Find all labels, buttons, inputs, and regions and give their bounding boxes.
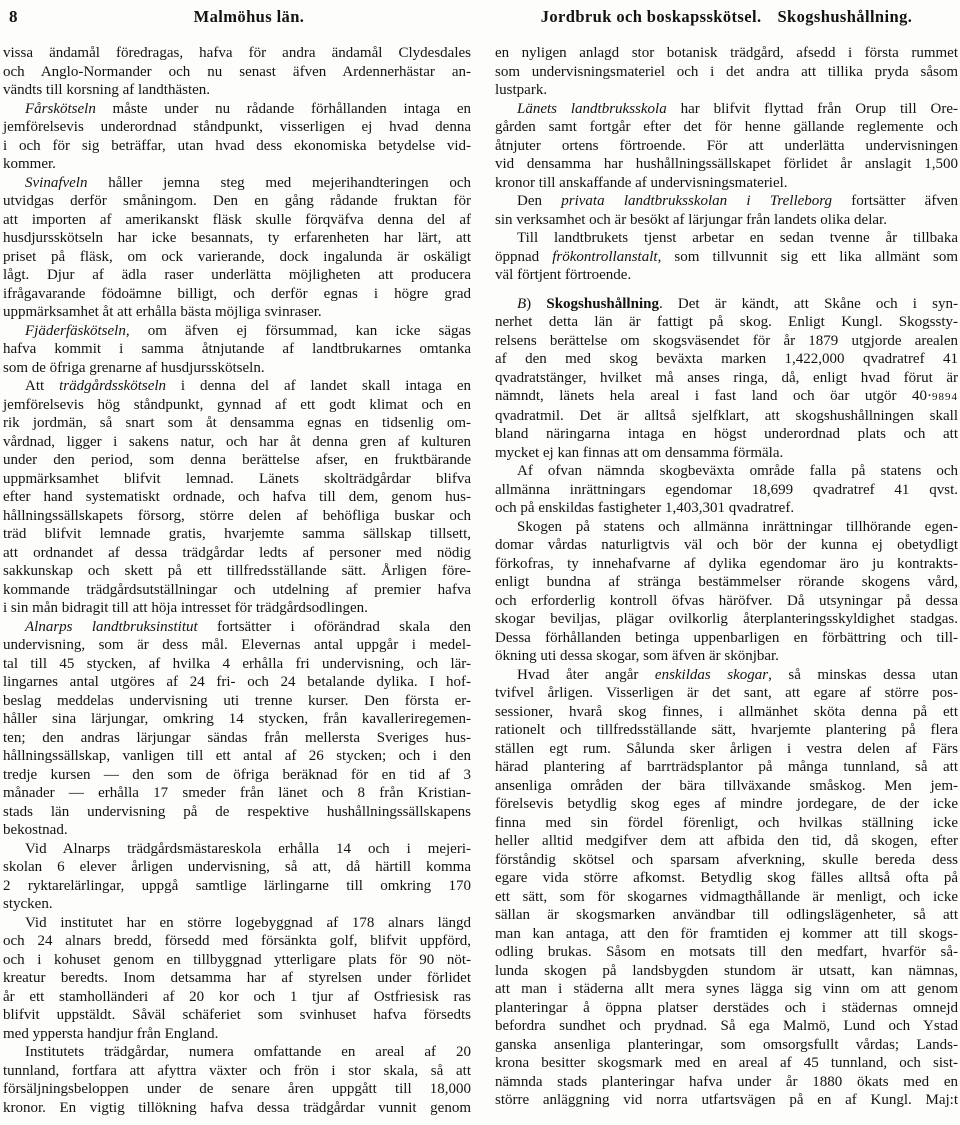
column-left: vissa ändamål föredragas, hafva för andr… (3, 44, 471, 1117)
running-title-right-part2: Skogshushållning. (777, 7, 912, 26)
text-line: efter hand systematiskt ordnade, och haf… (3, 488, 471, 507)
text-line: domar vårdas naturligtvis väl och bör de… (495, 536, 958, 555)
text-line: tunnland, fortfara att afyttra växter oc… (3, 1062, 471, 1081)
text-line: öppnad frökontrollanstalt, som tillvunni… (495, 248, 958, 267)
text-line: Vid Alnarps trädgårdsmästareskola erhåll… (3, 840, 471, 859)
text-line: och 24 alnars bredd, försedd med försänk… (3, 932, 471, 951)
page-number: 8 (9, 7, 19, 27)
text-line: tredje kursen — den som de öfriga beräkn… (3, 766, 471, 785)
text-line: rationelt och tillfredsställande sätt, h… (495, 721, 958, 740)
text-line: lingarnes antal utgöres af 24 fri- och 2… (3, 673, 471, 692)
book-page: 8 Malmöhus län. Jordbruk och boskapssköt… (0, 0, 960, 1125)
text-line: ett sätt, som för skogarnes vidmagthålla… (495, 888, 958, 907)
text-line: Länets landtbruksskola har blifvit flytt… (495, 100, 958, 119)
text-line: stads län undervisning på de respektive … (3, 803, 471, 822)
text-line: sällan är skogsmarken användbar till odl… (495, 906, 958, 925)
text-line: ansenliga områden der bära tillväxande s… (495, 777, 958, 796)
paragraph: Att trädgårdsskötseln i denna del af lan… (3, 377, 471, 618)
text-line: förkofras, ty innehafvarne af dylika ege… (495, 555, 958, 574)
text-line: planteringar å öppna platser derstädes o… (495, 999, 958, 1018)
text-line: heller alltid medgifver dem att afbida d… (495, 832, 958, 851)
text-line: Vid institutet har en större logebyggnad… (3, 914, 471, 933)
text-line: kronor till anskaffande af undervisnings… (495, 174, 958, 193)
paragraph: en nyligen anlagd stor botanisk trädgård… (495, 44, 958, 100)
text-line: uppmärksamhet blifvit lemnad. Länets sko… (3, 470, 471, 489)
text-line: egare vida större afkomst. Betydlig skog… (495, 869, 958, 888)
text-line: gården samt fortgår efter det för henne … (495, 118, 958, 137)
text-line: Hvad åter angår enskildas skogar, så min… (495, 666, 958, 685)
text-line: Af ofvan nämnda skogbeväxta område falla… (495, 462, 958, 481)
text-line: priset på fläsk, om ock varierande, dock… (3, 248, 471, 267)
text-line: lunda skogen på landsbygden stundom är u… (495, 962, 958, 981)
text-line: Fjäderfäskötseln, om äfven ej försummad,… (3, 322, 471, 341)
text-line: Till landtbrukets tjenst arbetar en seda… (495, 229, 958, 248)
text-line: blifvit uppstäldt. Såväl schäferiet som … (3, 1006, 471, 1025)
text-line: hållningssällskap, vanligen till ett ant… (3, 747, 471, 766)
running-head-right: Jordbruk och boskapsskötsel.Skogshushåll… (495, 7, 958, 37)
text-line: uppmärksamhet åt att erhålla bästa möjli… (3, 303, 471, 322)
text-line: som de öfriga grenarne af husdjursskötse… (3, 359, 471, 378)
text-line: kommande trädgårdsutställningar och utde… (3, 581, 471, 600)
text-line: håller sina lärjungar, omkring 14 stycke… (3, 710, 471, 729)
text-line: större anläggning vid norra utfartsvägen… (495, 1091, 958, 1110)
text-line: vissa ändamål föredragas, hafva för andr… (3, 44, 471, 63)
text-line: härad plantering af barrträdsplantor på … (495, 758, 958, 777)
text-line: allmänna inrättningars egendomar 18,699 … (495, 481, 958, 500)
text-line: tal till 45 stycken, af hvilka 4 erhålla… (3, 655, 471, 674)
text-line: sakkunskap och skett på ett tillfredsstä… (3, 562, 471, 581)
text-line: bekostnad. (3, 821, 471, 840)
text-line: husdjursskötseln har icke besannats, ty … (3, 229, 471, 248)
text-line: i och för sig beträffar, utan hvad dess … (3, 137, 471, 156)
text-line: utvidgas derför småningom. Den en gång r… (3, 192, 471, 211)
text-line: mycket ej kan finnas att om densamma för… (495, 444, 958, 463)
text-line: finna med sin fördel förenligt, och hvil… (495, 814, 958, 833)
text-line: sessioner, hvarå skog finnes, i allmänhe… (495, 703, 958, 722)
text-line: Fårskötseln måste under nu rådande förhå… (3, 100, 471, 119)
running-head-left: 8 Malmöhus län. (3, 7, 495, 37)
text-line: hållningssällskapets försorg, större del… (3, 507, 471, 526)
text-line: under den period, som denna berättelse a… (3, 451, 471, 470)
text-line: att man i städerna allt mera synes lägga… (495, 980, 958, 999)
text-line: väl förtjent förtroende. (495, 266, 958, 285)
text-line: af den med skog beväxta marken 1,422,000… (495, 350, 958, 369)
text-line: beslag meddelas undervisning uti trenne … (3, 692, 471, 711)
text-line: att ordnandet af dessa trädgårdar ledts … (3, 544, 471, 563)
text-line: lustpark. (495, 81, 958, 100)
text-line: ställen egt rum. Sålunda sker årligen i … (495, 740, 958, 759)
text-line: nämndt, länets hela areal i fast land oc… (495, 387, 958, 407)
text-line: skolan 6 elever årligen undervisning, så… (3, 858, 471, 877)
paragraph: Fjäderfäskötseln, om äfven ej försummad,… (3, 322, 471, 378)
text-line: Skogen på statens och allmänna inrättnin… (495, 518, 958, 537)
text-line: nämnda stads planteringar hafva under år… (495, 1073, 958, 1092)
paragraph: Vid institutet har en större logebyggnad… (3, 914, 471, 1044)
running-title-right-part1: Jordbruk och boskapsskötsel. (541, 7, 762, 26)
text-line: månader — erhålla 17 smeder från länet o… (3, 784, 471, 803)
text-line: odling brukas. Såsom en motsats till den… (495, 943, 958, 962)
text-line: befordra sundhet och prydnad. Så ega Mal… (495, 1017, 958, 1036)
text-line: nerhet detta län är fattigt på skog. Enl… (495, 313, 958, 332)
paragraph: Till landtbrukets tjenst arbetar en seda… (495, 229, 958, 285)
text-line: qvadratmil. Det är alltså sjelfklart, at… (495, 407, 958, 426)
text-line: ganska ansenliga planteringar, som omsor… (495, 1036, 958, 1055)
text-line: bland näringarna intaga en högst underor… (495, 425, 958, 444)
text-line: i sin mån bidragit till att höja intress… (3, 599, 471, 618)
text-line: sin verksamhet och är besökt af lärjunga… (495, 211, 958, 230)
text-line: rik jordmän, så snart som åt densamma eg… (3, 414, 471, 433)
text-line: som undervisningsmateriel och i det andr… (495, 63, 958, 82)
text-line: Svinafveln håller jemna steg med mejerih… (3, 174, 471, 193)
text-line: och på enskildas fastigheter 1,403,301 q… (495, 499, 958, 518)
paragraph: Vid Alnarps trädgårdsmästareskola erhåll… (3, 840, 471, 914)
text-line: och erforderlig kontroll öfvas häröfver.… (495, 592, 958, 611)
text-line: vårdnad, ligger i sakens natur, och har … (3, 433, 471, 452)
paragraph: vissa ändamål föredragas, hafva för andr… (3, 44, 471, 100)
paragraph: Den privata landtbruksskolan i Trellebor… (495, 192, 958, 229)
text-line: Institutets trädgårdar, numera omfattand… (3, 1043, 471, 1062)
text-line: tvifvel årligen. Visserligen är det sant… (495, 684, 958, 703)
text-line: hafva kommit i samma åtnjutande af landt… (3, 340, 471, 359)
text-line: och Anglo-Normander och nu senast äfven … (3, 63, 471, 82)
text-line: kreatur beredts. Inom detsamma har af st… (3, 969, 471, 988)
text-line: träd blifvit lemnade gratis, hvarjemte s… (3, 525, 471, 544)
text-line: stycken. (3, 895, 471, 914)
text-line: Dessa förhållanden betinga uppenbarligen… (495, 629, 958, 648)
text-line: 2 ryktarelärlingar, uppgå samtlige lärli… (3, 877, 471, 896)
text-line: kronor. En vigtig tillökning hafva dessa… (3, 1099, 471, 1118)
text-line: åtnjuter ortens förtroende. För att unde… (495, 137, 958, 156)
text-line: ten; den andras lärjungar sändas från me… (3, 729, 471, 748)
running-head: 8 Malmöhus län. Jordbruk och boskapssköt… (3, 7, 958, 37)
text-line: undervisning, som är dess mål. Elevernas… (3, 636, 471, 655)
text-line: Att trädgårdsskötseln i denna del af lan… (3, 377, 471, 396)
paragraph: Skogen på statens och allmänna inrättnin… (495, 518, 958, 666)
text-line: förståndig skötsel och sparsam afverknin… (495, 851, 958, 870)
text-line: B) Skogshushållning. Det är kändt, att S… (495, 295, 958, 314)
text-line: vändts till korsning af landthästen. (3, 81, 471, 100)
text-line: med yppersta handjur från England. (3, 1025, 471, 1044)
text-line: ökning uti dessa skogar, som äfven är sk… (495, 647, 958, 666)
running-title-left: Malmöhus län. (194, 7, 305, 26)
text-line: ifrågavarande födoämne billigt, och derf… (3, 285, 471, 304)
text-body: vissa ändamål föredragas, hafva för andr… (3, 44, 958, 1117)
text-line: försäljningsbeloppen under de senare åre… (3, 1080, 471, 1099)
paragraph: Länets landtbruksskola har blifvit flytt… (495, 100, 958, 193)
paragraph: Hvad åter angår enskildas skogar, så min… (495, 666, 958, 1110)
paragraph: Fårskötseln måste under nu rådande förhå… (3, 100, 471, 174)
text-line: relsens berättelse om skogsväsendet för … (495, 332, 958, 351)
text-line: man kan antaga, att den för framtiden ej… (495, 925, 958, 944)
text-line: år ett stamholländeri af 20 kor och 1 tj… (3, 988, 471, 1007)
text-line: förelsevis betydlig skog eges af mindre … (495, 795, 958, 814)
text-line: Den privata landtbruksskolan i Trellebor… (495, 192, 958, 211)
paragraph: Svinafveln håller jemna steg med mejerih… (3, 174, 471, 322)
text-line: kommer. (3, 155, 471, 174)
text-line: en nyligen anlagd stor botanisk trädgård… (495, 44, 958, 63)
text-line: skogar beviljas, plägar ovilkorlig återp… (495, 610, 958, 629)
paragraph: Af ofvan nämnda skogbeväxta område falla… (495, 462, 958, 518)
text-line: vid densamma har hushållningssällskapet … (495, 155, 958, 174)
text-line: krona besitter skogsmark med en areal af… (495, 1054, 958, 1073)
text-line: att importen af amerikanskt fläsk skulle… (3, 211, 471, 230)
text-line: jemförelsevis hög ståndpunkt, gynnad af … (3, 396, 471, 415)
text-line: jemförelsevis underordnad ståndpunkt, vi… (3, 118, 471, 137)
text-line: lågt. Djur af ädla raser underlätta möjl… (3, 266, 471, 285)
column-right: en nyligen anlagd stor botanisk trädgård… (495, 44, 958, 1117)
text-line: och i kohuset genom en tillbyggnad ytter… (3, 951, 471, 970)
paragraph: B) Skogshushållning. Det är kändt, att S… (495, 295, 958, 463)
paragraph: Institutets trädgårdar, numera omfattand… (3, 1043, 471, 1117)
text-line: Alnarps landtbruksinstitut fortsätter i … (3, 618, 471, 637)
text-line: qvadratstänger, hvilket må anses ringa, … (495, 369, 958, 388)
paragraph: Alnarps landtbruksinstitut fortsätter i … (3, 618, 471, 840)
text-line: enligt bundna af stränga bestämmelser rö… (495, 573, 958, 592)
